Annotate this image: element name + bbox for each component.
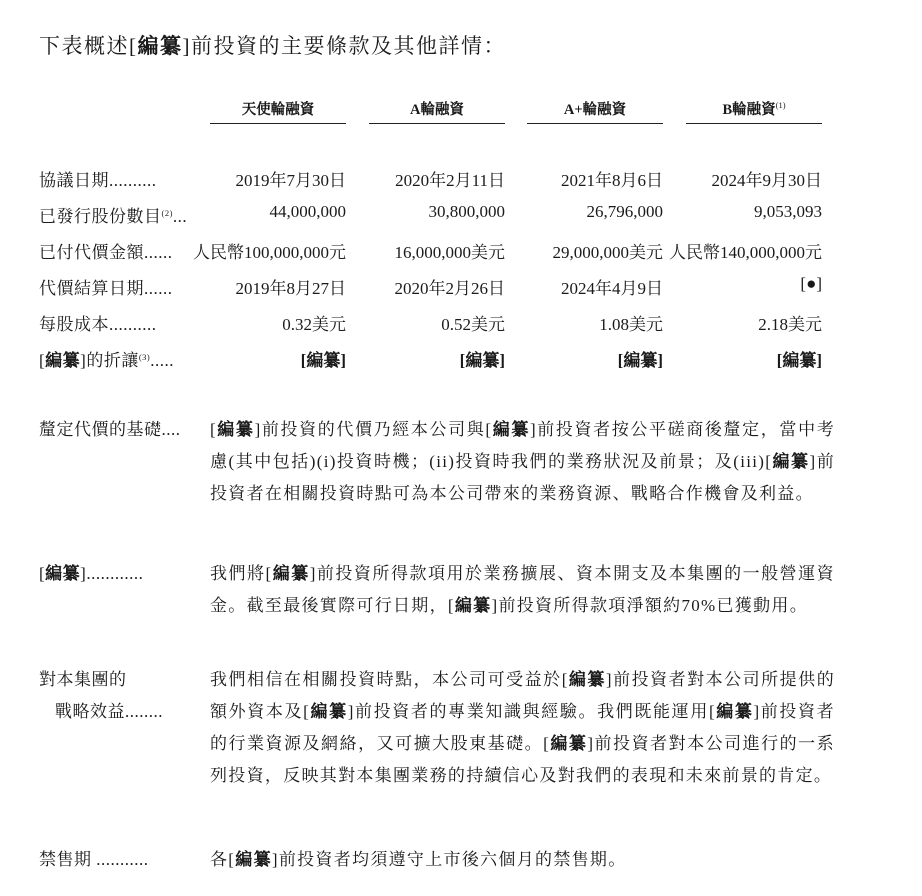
table-cell: 9,053,093 bbox=[642, 202, 822, 222]
redacted-text: 編纂 bbox=[569, 670, 606, 689]
row-label-text: 已發行股份數目 bbox=[39, 207, 162, 226]
body-text: ]前投資者的專業知識與經驗。我們既能運用[ bbox=[348, 702, 716, 721]
section-body: 我們相信在相關投資時點，本公司可受益於[編纂]前投資者對本公司所提供的額外資本及… bbox=[210, 664, 835, 792]
table-cell: 2019年7月30日 bbox=[166, 166, 346, 191]
table-cell-redacted: [編纂] bbox=[483, 346, 663, 371]
section-label-line: 對本集團的 bbox=[39, 664, 163, 696]
table-cell: 2019年8月27日 bbox=[166, 274, 346, 299]
body-text: ]前投資所得款項淨額約70%已獲動用。 bbox=[491, 596, 808, 615]
column-header-series-a-plus: A+輪融資 bbox=[527, 98, 663, 119]
column-underline bbox=[210, 123, 346, 124]
row-label-text: 代價結算日期 bbox=[39, 279, 144, 298]
body-text: [ bbox=[210, 420, 217, 439]
body-text: 我們將[ bbox=[210, 564, 273, 583]
column-header-label: A+輪融資 bbox=[564, 102, 626, 118]
redacted-text: 編纂 bbox=[492, 420, 530, 439]
dot-leader: .......... bbox=[109, 315, 157, 334]
table-cell: 2.18美元 bbox=[642, 310, 822, 335]
intro-prefix: 下表概述[ bbox=[39, 34, 138, 58]
column-header-series-a: A輪融資 bbox=[369, 98, 505, 119]
table-cell: 29,000,000美元 bbox=[483, 238, 663, 263]
column-header-series-b: B輪融資(1) bbox=[686, 98, 822, 119]
row-label-text: 每股成本 bbox=[39, 315, 109, 334]
column-underline bbox=[527, 123, 663, 124]
table-cell: 2024年4月9日 bbox=[483, 274, 663, 299]
redacted-text: 編纂 bbox=[772, 452, 809, 471]
redacted-text: 編纂 bbox=[45, 351, 80, 370]
redacted-text: 編纂 bbox=[310, 702, 348, 721]
table-cell: [●] bbox=[642, 274, 822, 294]
table-cell: 30,800,000 bbox=[325, 202, 505, 222]
column-header-angel: 天使輪融資 bbox=[210, 98, 346, 119]
section-label-line: 戰略效益........ bbox=[39, 696, 163, 728]
footnote-marker: (1) bbox=[776, 100, 786, 110]
table-cell-redacted: [編纂] bbox=[642, 346, 822, 371]
table-cell: 0.52美元 bbox=[325, 310, 505, 335]
table-cell: 2020年2月26日 bbox=[325, 274, 505, 299]
table-cell: 人民幣100,000,000元 bbox=[166, 238, 346, 263]
footnote-marker: (3) bbox=[139, 352, 150, 362]
table-cell: 人民幣140,000,000元 bbox=[642, 238, 822, 263]
column-header-label: A輪融資 bbox=[410, 102, 464, 118]
redacted-text: 編纂 bbox=[716, 702, 754, 721]
table-cell: 0.32美元 bbox=[166, 310, 346, 335]
table-cell: 2024年9月30日 bbox=[642, 166, 822, 191]
section-label: 釐定代價的基礎.... bbox=[39, 414, 181, 446]
column-underline bbox=[369, 123, 505, 124]
dot-leader: .......... bbox=[109, 171, 157, 190]
body-text: ]前投資的代價乃經本公司與[ bbox=[255, 420, 493, 439]
redacted-text: 編纂 bbox=[455, 596, 492, 615]
dot-leader: ]............ bbox=[80, 564, 143, 583]
redacted-text: 編纂 bbox=[138, 34, 183, 58]
row-label-text: ]的折讓 bbox=[80, 351, 139, 370]
section-label: 禁售期 ........... bbox=[39, 844, 149, 876]
redacted-text: 編纂 bbox=[273, 564, 310, 583]
redacted-text: 編纂 bbox=[235, 850, 272, 869]
table-cell: 2020年2月11日 bbox=[325, 166, 505, 191]
redacted-text: 編纂 bbox=[45, 564, 80, 583]
table-cell: 16,000,000美元 bbox=[325, 238, 505, 263]
table-cell: 2021年8月6日 bbox=[483, 166, 663, 191]
column-header-label: B輪融資 bbox=[722, 102, 775, 118]
redacted-text: 編纂 bbox=[550, 734, 587, 753]
section-body: [編纂]前投資的代價乃經本公司與[編纂]前投資者按公平磋商後釐定，當中考慮(其中… bbox=[210, 414, 835, 510]
intro-sentence: 下表概述[編纂]前投資的主要條款及其他詳情： bbox=[39, 30, 506, 60]
body-text: 我們相信在相關投資時點，本公司可受益於[ bbox=[210, 670, 569, 689]
intro-suffix: ]前投資的主要條款及其他詳情： bbox=[183, 34, 507, 58]
column-header-label: 天使輪融資 bbox=[242, 102, 315, 118]
table-cell: 26,796,000 bbox=[483, 202, 663, 222]
section-label: 對本集團的 戰略效益........ bbox=[39, 664, 163, 728]
column-underline bbox=[686, 123, 822, 124]
section-label: [編纂]............ bbox=[39, 558, 143, 590]
body-text: ]前投資者均須遵守上市後六個月的禁售期。 bbox=[272, 850, 627, 869]
row-label-text: 已付代價金額 bbox=[39, 243, 144, 262]
table-cell-redacted: [編纂] bbox=[325, 346, 505, 371]
table-cell: 44,000,000 bbox=[166, 202, 346, 222]
redacted-text: 編纂 bbox=[217, 420, 255, 439]
section-body: 我們將[編纂]前投資所得款項用於業務擴展、資本開支及本集團的一般營運資金。截至最… bbox=[210, 558, 835, 622]
section-body: 各[編纂]前投資者均須遵守上市後六個月的禁售期。 bbox=[210, 844, 835, 876]
body-text: 各[ bbox=[210, 850, 235, 869]
table-cell-redacted: [編纂] bbox=[166, 346, 346, 371]
table-cell: 1.08美元 bbox=[483, 310, 663, 335]
row-label-text: 協議日期 bbox=[39, 171, 109, 190]
